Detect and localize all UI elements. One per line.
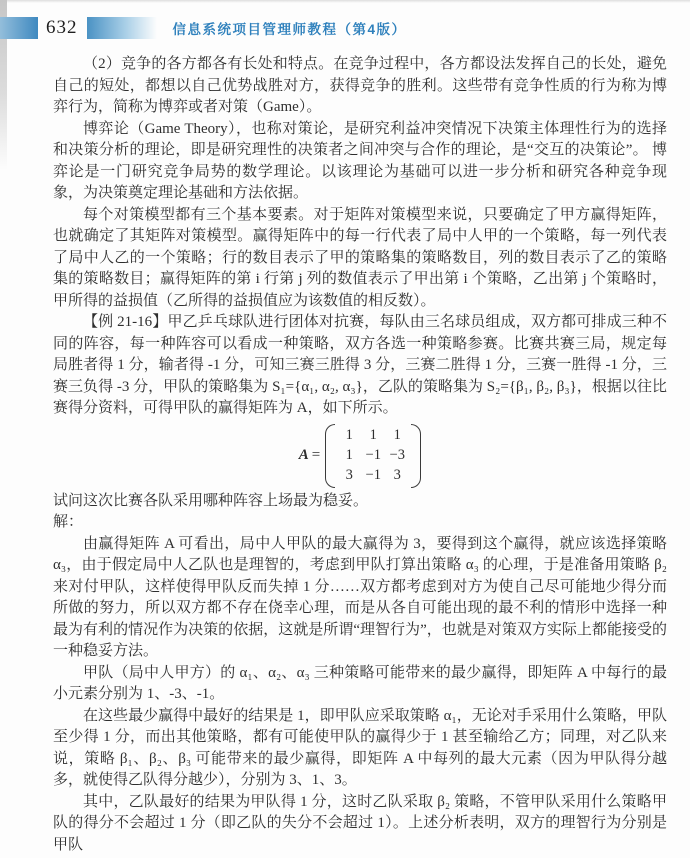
book-page: { "header": { "page_number": "632", "boo… [0, 0, 690, 858]
paragraph-competition: （2）竞争的各方都各有长处和特点。在竞争过程中，各方都设法发挥自己的长处，避免自… [53, 54, 667, 119]
matrix-cell: 1 [337, 447, 361, 464]
matrix-cell: 3 [385, 467, 409, 484]
matrix-cell: 1 [385, 427, 409, 444]
matrix-cell: 1 [361, 427, 385, 444]
paragraph-column-maximums: 在这些最少赢得中最好的结果是 1，即甲队应采取策略 α₁，无论对手采用什么策略，… [53, 706, 667, 792]
payoff-matrix: A = 1 1 1 1 −1 −3 3 −1 3 [53, 423, 667, 489]
header-decorative-band-right [87, 17, 157, 39]
paragraph-game-theory: 博弈论（Game Theory），也称对策论，是研究利益冲突情况下决策主体理性行… [53, 119, 667, 205]
matrix-equals-sign: = [312, 447, 320, 464]
page-header: 632 信息系统项目管理师教程（第4版） [0, 16, 690, 39]
page-number: 632 [46, 17, 78, 39]
solution-label: 解： [53, 512, 667, 534]
scan-edge-top [0, 0, 690, 3]
matrix-label: A [299, 447, 309, 464]
matrix-cell: −1 [361, 467, 385, 484]
matrix-cell: −1 [361, 447, 385, 464]
book-title: 信息系统项目管理师教程（第4版） [173, 18, 407, 38]
paragraph-row-minimums: 甲队（局中人甲方）的 α₁、α₂、α₃ 三种策略可能带来的最少赢得，即矩阵 A … [53, 663, 667, 706]
matrix-right-paren [411, 424, 421, 488]
page-body: （2）竞争的各方都各有长处和特点。在竞争过程中，各方都设法发挥自己的长处，避免自… [53, 54, 667, 856]
matrix-cell: 1 [337, 427, 361, 444]
matrix-cell: −3 [385, 447, 409, 464]
paragraph-solution-analysis: 由赢得矩阵 A 可看出，局中人甲队的最大赢得为 3，要得到这个赢得，就应该选择策… [53, 534, 667, 663]
paragraph-model-elements: 每个对策模型都有三个基本要素。对于矩阵对策模型来说，只要确定了甲方赢得矩阵，也就… [53, 205, 667, 313]
matrix-cell: 3 [337, 467, 361, 484]
paragraph-conclusion: 其中，乙队最好的结果为甲队得 1 分，这时乙队采取 β₂ 策略，不管甲队采用什么… [53, 792, 667, 857]
paragraph-example-21-16: 【例 21-16】甲乙乒乓球队进行团体对抗赛，每队由三名球员组成，双方都可排成三… [53, 312, 667, 420]
header-decorative-band-left [0, 17, 38, 39]
paragraph-question: 试问这次比赛各队采用哪种阵容上场最为稳妥。 [53, 491, 667, 513]
matrix-grid: 1 1 1 1 −1 −3 3 −1 3 [335, 425, 411, 487]
matrix-left-paren [325, 424, 335, 488]
